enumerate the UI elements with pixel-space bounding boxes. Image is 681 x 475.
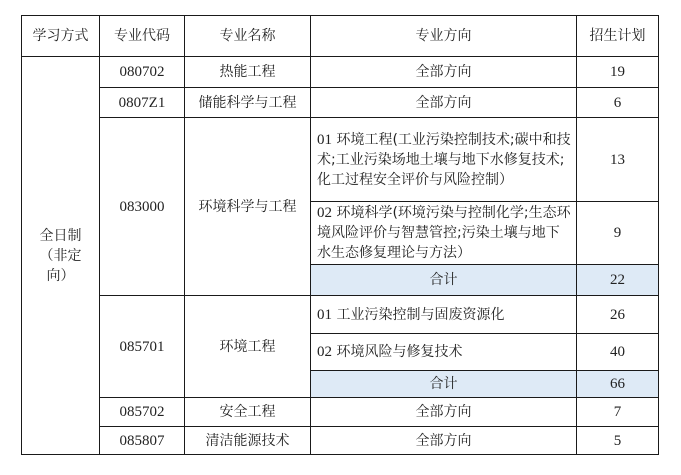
subtotal-label: 合计: [311, 265, 577, 296]
major-name: 安全工程: [185, 398, 311, 427]
table-row: 085807 清洁能源技术 全部方向 5: [22, 427, 659, 455]
subtotal-label: 合计: [311, 371, 577, 398]
major-code: 085702: [100, 398, 185, 427]
study-mode-line: 全日制: [22, 226, 99, 246]
major-code: 080702: [100, 57, 185, 88]
enrollment-plan-table: 学习方式 专业代码 专业名称 专业方向 招生计划 全日制 （非定 向） 0807…: [21, 15, 659, 455]
major-name: 热能工程: [185, 57, 311, 88]
direction-text: 工业污染控制与固废资源化: [336, 307, 504, 323]
study-mode-line: （非定: [22, 246, 99, 266]
header-plan: 招生计划: [577, 16, 659, 57]
header-direction: 专业方向: [311, 16, 577, 57]
major-direction: 全部方向: [311, 57, 577, 88]
plan-count: 6: [577, 88, 659, 118]
major-direction: 01 工业污染控制与固废资源化: [311, 296, 577, 334]
direction-number: 01: [317, 132, 332, 148]
header-study-mode: 学习方式: [22, 16, 100, 57]
header-row: 学习方式 专业代码 专业名称 专业方向 招生计划: [22, 16, 659, 57]
major-name: 清洁能源技术: [185, 427, 311, 455]
major-direction: 全部方向: [311, 88, 577, 118]
plan-count: 5: [577, 427, 659, 455]
table-row: 083000 环境科学与工程 01 环境工程(工业污染控制技术;碳中和技术;工业…: [22, 118, 659, 202]
plan-count: 40: [577, 334, 659, 371]
study-mode-cell: 全日制 （非定 向）: [22, 57, 100, 455]
direction-number: 02: [317, 205, 332, 221]
major-direction: 01 环境工程(工业污染控制技术;碳中和技术;工业污染场地土壤与地下水修复技术;…: [311, 118, 577, 202]
plan-count: 7: [577, 398, 659, 427]
direction-text: 环境风险与修复技术: [336, 344, 462, 360]
major-code: 0807Z1: [100, 88, 185, 118]
header-major-name: 专业名称: [185, 16, 311, 57]
direction-text: 环境科学(环境污染与控制化学;生态环境风险评价与智慧管控;污染土壤与地下水生态修…: [317, 205, 571, 261]
major-code: 085807: [100, 427, 185, 455]
direction-text: 环境工程(工业污染控制技术;碳中和技术;工业污染场地土壤与地下水修复技术;化工过…: [317, 132, 571, 188]
plan-count: 26: [577, 296, 659, 334]
major-direction: 全部方向: [311, 398, 577, 427]
major-name: 环境科学与工程: [185, 118, 311, 296]
major-direction: 02 环境风险与修复技术: [311, 334, 577, 371]
plan-count: 13: [577, 118, 659, 202]
major-direction: 02 环境科学(环境污染与控制化学;生态环境风险评价与智慧管控;污染土壤与地下水…: [311, 202, 577, 265]
table-row: 0807Z1 储能科学与工程 全部方向 6: [22, 88, 659, 118]
direction-number: 02: [317, 344, 332, 360]
direction-number: 01: [317, 307, 332, 323]
study-mode-line: 向）: [22, 266, 99, 286]
major-name: 环境工程: [185, 296, 311, 398]
header-major-code: 专业代码: [100, 16, 185, 57]
table-row: 085702 安全工程 全部方向 7: [22, 398, 659, 427]
subtotal-count: 66: [577, 371, 659, 398]
major-code: 083000: [100, 118, 185, 296]
plan-count: 19: [577, 57, 659, 88]
major-name: 储能科学与工程: [185, 88, 311, 118]
plan-count: 9: [577, 202, 659, 265]
table-row: 085701 环境工程 01 工业污染控制与固废资源化 26: [22, 296, 659, 334]
subtotal-count: 22: [577, 265, 659, 296]
major-direction: 全部方向: [311, 427, 577, 455]
table-row: 全日制 （非定 向） 080702 热能工程 全部方向 19: [22, 57, 659, 88]
major-code: 085701: [100, 296, 185, 398]
